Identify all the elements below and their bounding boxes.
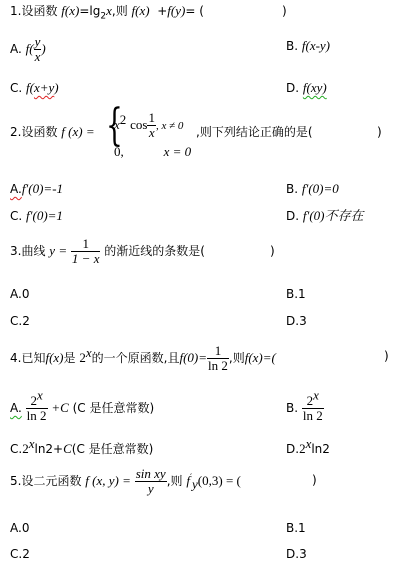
q3-option-d: D.3 [286,313,307,329]
piecewise-case-2: 0, x = 0 [114,144,191,160]
q4-option-a: A. 2xln 2 +C (C 是任意常数) [10,393,154,423]
question-number: 5. [10,474,21,488]
q2-option-b: B. f′(0)=0 [286,181,339,197]
q1-option-a: A. f(yx) [10,34,46,64]
answer-paren-close: ) [377,124,382,140]
fraction: 1x [147,111,156,140]
fraction: 1ln 2 [207,344,229,373]
question-1-stem: 1.设函数 f(x)=lg2x,则 f(x) +f(y)= ( [10,3,204,19]
fraction: 2xln 2 [302,394,324,423]
answer-paren-close: ) [270,243,275,259]
q5-option-b: B.1 [286,520,306,536]
q3-option-c: C.2 [10,313,30,329]
q1-option-d: D. f(xy) [286,80,327,96]
q4-option-c: C.2xln2+C(C 是任意常数) [10,441,153,457]
q5-option-a: A.0 [10,520,29,536]
answer-paren-close: ) [384,348,389,364]
q2-option-a: A.f′(0)=-1 [10,181,63,197]
question-number: 2. [10,125,21,139]
q4-option-b: B. 2xln 2 [286,393,324,423]
answer-paren-close: ) [282,3,287,19]
question-2-stem-prefix: 2.设函数 f (x) = [10,124,95,140]
q1-option-c: C. f(x+y) [10,80,59,96]
q1-option-b: B. f(x-y) [286,38,330,54]
q2-option-c: C. f′(0)=1 [10,208,63,224]
q3-option-a: A.0 [10,286,29,302]
answer-paren-close: ) [312,472,317,488]
q2-option-d: D. f′(0)不存在 [286,208,364,224]
q3-option-b: B.1 [286,286,306,302]
question-5-stem: 5.设二元函数 f (x, y) = sin xyy,则 f′y(0,3) = … [10,466,241,496]
q5-option-c: C.2 [10,546,30,562]
fraction: 11 − x [71,237,101,266]
q4-option-d: D.2xln2 [286,441,330,457]
question-4-stem: 4.已知f(x)是 2x的一个原函数,且f(0)=1ln 2,则f(x)=( [10,343,276,373]
q5-option-d: D.3 [286,546,307,562]
question-number: 3. [10,244,21,258]
question-2-stem-suffix: ,则下列结论正确的是( [196,124,313,140]
question-number: 4. [10,351,21,365]
fraction: 2xln 2 [26,394,48,423]
piecewise-case-1: x2 cos1x, x ≠ 0 [114,110,183,141]
question-number: 1. [10,4,21,18]
question-3-stem: 3.曲线 y = 11 − x 的渐近线的条数是( [10,236,205,266]
fraction: sin xyy [135,467,167,496]
